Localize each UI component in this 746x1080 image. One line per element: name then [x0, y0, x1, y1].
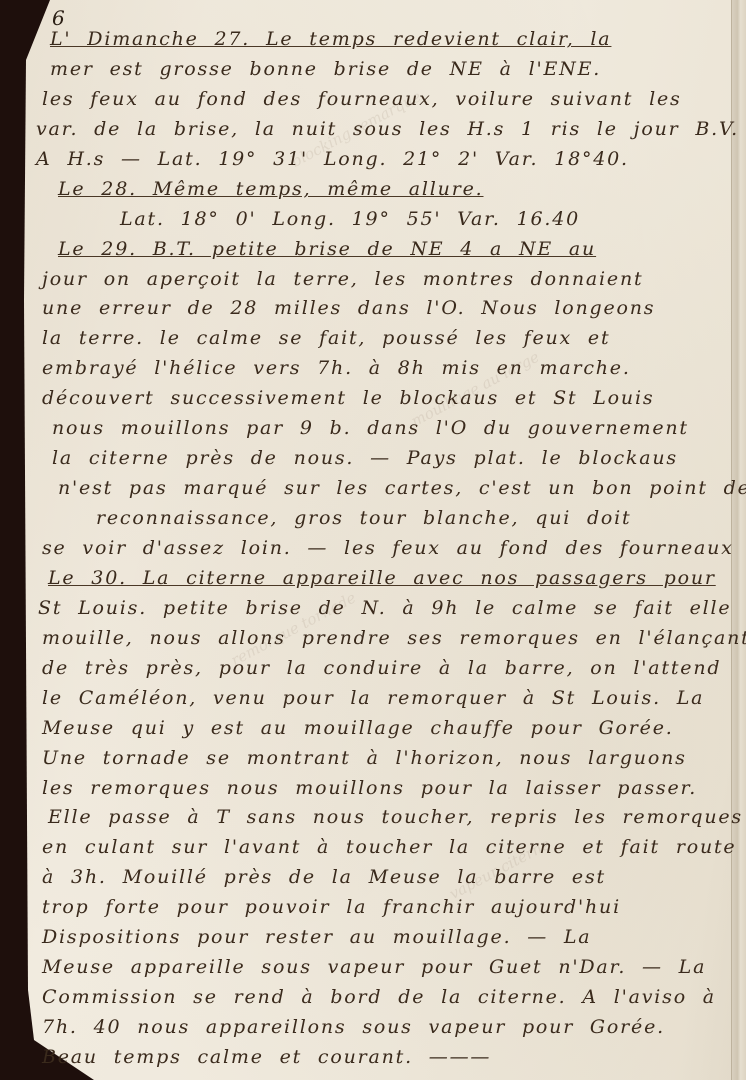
manuscript-line: la citerne près de nous. — Pays plat. le…	[52, 447, 678, 469]
manuscript-line: Une tornade se montrant à l'horizon, nou…	[42, 747, 687, 769]
manuscript-line: 7h. 40 nous appareillons sous vapeur pou…	[42, 1016, 665, 1038]
manuscript-line: Lat. 18° 0' Long. 19° 55' Var. 16.40	[120, 208, 580, 230]
manuscript-line: Le 28. Même temps, même allure.	[58, 178, 484, 200]
manuscript-line: Le 29. B.T. petite brise de NE 4 a NE au	[58, 238, 596, 260]
manuscript-line: St Louis. petite brise de N. à 9h le cal…	[38, 597, 731, 619]
manuscript-line: de très près, pour la conduire à la barr…	[42, 657, 721, 679]
manuscript-line: une erreur de 28 milles dans l'O. Nous l…	[42, 297, 655, 319]
manuscript-line: les remorques nous mouillons pour la lai…	[42, 777, 697, 799]
manuscript-line: découvert successivement le blockaus et …	[42, 387, 654, 409]
manuscript-line: se voir d'assez loin. — les feux au fond…	[42, 537, 734, 559]
manuscript-line: var. de la brise, la nuit sous les H.s 1…	[36, 118, 739, 140]
scanned-manuscript: blocking remarque mouillage au large rem…	[0, 0, 746, 1080]
manuscript-line: mer est grosse bonne brise de NE à l'ENE…	[50, 58, 601, 80]
handwritten-text: L' Dimanche 27. Le temps redevient clair…	[0, 0, 746, 1080]
manuscript-line: la terre. le calme se fait, poussé les f…	[42, 327, 610, 349]
manuscript-line: Beau temps calme et courant. ———	[42, 1046, 491, 1068]
manuscript-line: trop forte pour pouvoir la franchir aujo…	[42, 896, 621, 918]
manuscript-line: Elle passe à T sans nous toucher, repris…	[48, 806, 743, 828]
manuscript-line: mouille, nous allons prendre ses remorqu…	[42, 627, 746, 649]
manuscript-line: Le 30. La citerne appareille avec nos pa…	[48, 567, 716, 589]
manuscript-line: A H.s — Lat. 19° 31' Long. 21° 2' Var. 1…	[36, 148, 629, 170]
manuscript-line: reconnaissance, gros tour blanche, qui d…	[96, 507, 631, 529]
manuscript-line: Meuse qui y est au mouillage chauffe pou…	[42, 717, 674, 739]
manuscript-line: Commission se rend à bord de la citerne.…	[42, 986, 716, 1008]
manuscript-line: L' Dimanche 27. Le temps redevient clair…	[50, 28, 611, 50]
manuscript-line: le Caméléon, venu pour la remorquer à St…	[42, 687, 704, 709]
manuscript-line: en culant sur l'avant à toucher la citer…	[42, 836, 736, 858]
manuscript-line: Dispositions pour rester au mouillage. —…	[42, 926, 591, 948]
manuscript-line: nous mouillons par 9 b. dans l'O du gouv…	[52, 417, 689, 439]
manuscript-line: Meuse appareille sous vapeur pour Guet n…	[42, 956, 706, 978]
manuscript-line: jour on aperçoit la terre, les montres d…	[42, 268, 643, 290]
manuscript-line: les feux au fond des fourneaux, voilure …	[42, 88, 682, 110]
manuscript-line: à 3h. Mouillé près de la Meuse la barre …	[42, 866, 606, 888]
manuscript-line: n'est pas marqué sur les cartes, c'est u…	[58, 477, 746, 499]
manuscript-line: embrayé l'hélice vers 7h. à 8h mis en ma…	[42, 357, 631, 379]
